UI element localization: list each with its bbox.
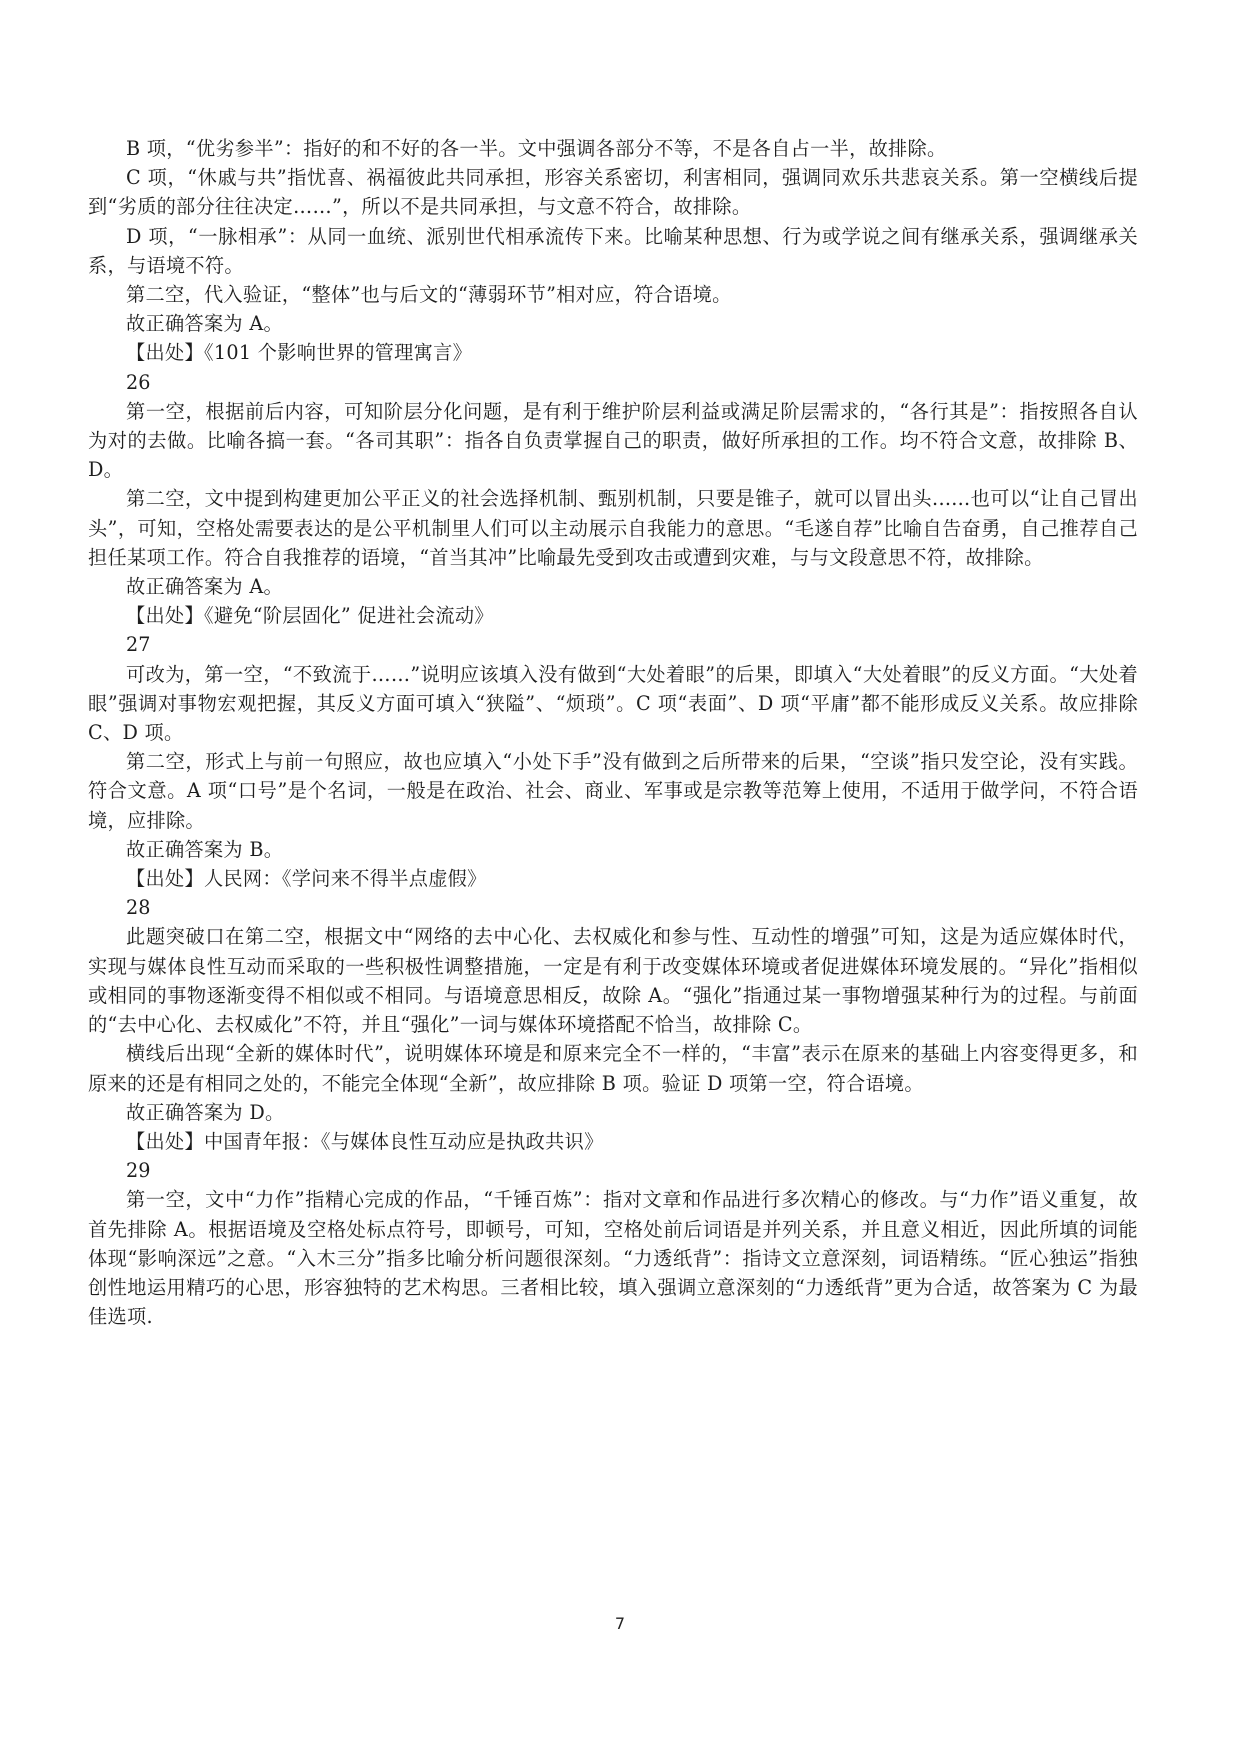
question-number: 26 [88,368,1138,397]
first-blank-analysis: 第一空，根据前后内容，可知阶层分化问题，是有利于维护阶层利益或满足阶层需求的，“… [88,397,1138,485]
second-blank-analysis: 第二空，文中提到构建更加公平正义的社会选择机制、甄别机制，只要是锥子，就可以冒出… [88,484,1138,572]
first-blank-analysis: 可改为，第一空，“不致流于……”说明应该填入没有做到“大处着眼”的后果，即填入“… [88,660,1138,748]
option-b-analysis: B 项，“优劣参半”：指好的和不好的各一半。文中强调各部分不等，不是各自占一半，… [88,134,1138,163]
question-number: 28 [88,893,1138,922]
answer-statement: 故正确答案为 A。 [88,572,1138,601]
answer-statement: 故正确答案为 A。 [88,309,1138,338]
question-number: 27 [88,630,1138,659]
blank-analysis: 此题突破口在第二空，根据文中“网络的去中心化、去权威化和参与性、互动性的增强”可… [88,922,1138,1039]
source-citation: 【出处】人民网：《学问来不得半点虚假》 [88,864,1138,893]
source-citation: 【出处】《101 个影响世界的管理寓言》 [88,338,1138,367]
page-number: 7 [0,1614,1240,1633]
blank-analysis: 横线后出现“全新的媒体时代”，说明媒体环境是和原来完全不一样的，“丰富”表示在原… [88,1039,1138,1097]
source-citation: 【出处】《避免“阶层固化” 促进社会流动》 [88,601,1138,630]
option-c-analysis: C 项，“休戚与共”指忧喜、祸福彼此共同承担，形容关系密切，利害相同，强调同欢乐… [88,163,1138,221]
option-d-analysis: D 项，“一脉相承”：从同一血统、派别世代相承流传下来。比喻某种思想、行为或学说… [88,222,1138,280]
document-body: B 项，“优劣参半”：指好的和不好的各一半。文中强调各部分不等，不是各自占一半，… [88,134,1138,1331]
source-citation: 【出处】中国青年报：《与媒体良性互动应是执政共识》 [88,1127,1138,1156]
question-number: 29 [88,1156,1138,1185]
answer-statement: 故正确答案为 D。 [88,1098,1138,1127]
answer-statement: 故正确答案为 B。 [88,835,1138,864]
first-blank-analysis: 第一空，文中“力作”指精心完成的作品，“千锤百炼”：指对文章和作品进行多次精心的… [88,1185,1138,1331]
second-blank-analysis: 第二空，代入验证，“整体”也与后文的“薄弱环节”相对应，符合语境。 [88,280,1138,309]
second-blank-analysis: 第二空，形式上与前一句照应，故也应填入“小处下手”没有做到之后所带来的后果，“空… [88,747,1138,835]
